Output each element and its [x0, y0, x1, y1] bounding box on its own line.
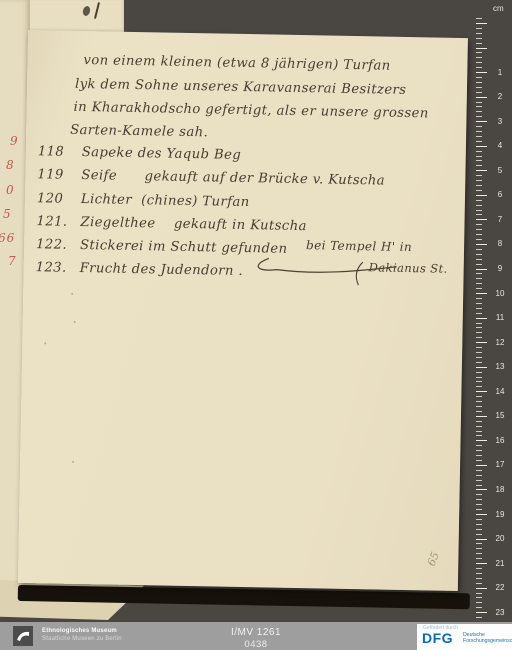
ruler-number: 1 [491, 68, 509, 77]
ruler-tick [476, 288, 482, 289]
ruler-tick [476, 445, 482, 446]
ruler-tick [476, 332, 482, 333]
ruler-tick [476, 489, 487, 490]
ruler-tick [476, 224, 482, 225]
ruler-tick [476, 254, 482, 255]
ruler-tick [476, 136, 482, 137]
ruler-number: 21 [491, 559, 509, 568]
ruler-tick [476, 28, 482, 29]
ruler-number: 23 [491, 608, 509, 617]
ruler-number: 7 [491, 215, 509, 224]
ruler-tick [476, 23, 487, 24]
ruler-tick [476, 357, 482, 358]
ruler-tick [476, 543, 482, 544]
margin-number: 0 [6, 183, 15, 197]
ruler-tick [476, 200, 482, 201]
ruler-tick [476, 298, 482, 299]
ruler-tick [476, 548, 482, 549]
ruler-tick [476, 131, 482, 132]
ruler-tick [476, 141, 482, 142]
entry-text: Sapeke des Yaqub Beg [82, 145, 242, 163]
pencil-note: 65 [425, 550, 442, 568]
ruler-tick [476, 38, 482, 39]
ruler-tick [476, 617, 482, 618]
ruler-tick [476, 273, 482, 274]
ruler-tick [476, 180, 482, 181]
ruler: cm 1234567891011121314151617181920212223 [476, 0, 512, 622]
ruler-number: 17 [491, 460, 509, 469]
ruler-number: 6 [491, 190, 509, 199]
ruler-tick [476, 573, 482, 574]
margin-number: 9 [10, 134, 19, 148]
ruler-tick [476, 219, 487, 220]
ruler-tick [476, 195, 487, 196]
ruler-tick [476, 455, 482, 456]
ruler-tick [476, 308, 482, 309]
ruler-tick [476, 337, 482, 338]
ruler-number: 8 [491, 239, 509, 248]
ruler-tick [476, 377, 482, 378]
entry-number: 122. [36, 237, 78, 253]
ruler-tick [476, 18, 482, 19]
ruler-tick [476, 362, 482, 363]
ruler-tick [476, 264, 482, 265]
ruler-tick [476, 269, 487, 270]
ruler-tick [476, 534, 482, 535]
ruler-tick [476, 597, 482, 598]
footer-bar: Ethnologisches Museum Staatliche Museen … [0, 622, 512, 650]
ruler-tick [476, 121, 487, 122]
ruler-tick [476, 170, 487, 171]
ruler-unit-label: cm [493, 4, 504, 13]
ruler-tick [476, 593, 482, 594]
ruler-tick [476, 234, 482, 235]
ruler-tick [476, 313, 482, 314]
ruler-tick [476, 401, 482, 402]
ruler-tick [476, 568, 482, 569]
ruler-number: 20 [491, 534, 509, 543]
ruler-tick [476, 116, 482, 117]
ruler-tick [476, 558, 482, 559]
ruler-tick [476, 470, 482, 471]
ruler-tick [476, 612, 487, 613]
ruler-tick [476, 43, 482, 44]
ruler-tick [476, 411, 482, 412]
ruler-tick [476, 347, 482, 348]
ruler-tick [476, 381, 482, 382]
ruler-number: 15 [491, 411, 509, 420]
ruler-tick [476, 283, 482, 284]
ruler-tick [476, 372, 482, 373]
ruler-number: 14 [491, 387, 509, 396]
paper-speck [44, 342, 46, 344]
ruler-number: 22 [491, 583, 509, 592]
ruler-tick [476, 239, 482, 240]
ruler-number: 19 [491, 510, 509, 519]
entry-number: 121. [36, 214, 78, 230]
ruler-tick [476, 529, 482, 530]
ruler-tick [476, 431, 482, 432]
ruler-tick [476, 391, 487, 392]
ruler-tick [476, 607, 482, 608]
ruler-tick [476, 504, 482, 505]
ruler-tick [476, 67, 482, 68]
ruler-tick [476, 524, 482, 525]
paper-speck [72, 461, 74, 463]
ruler-tick [476, 480, 482, 481]
ruler-tick [476, 499, 482, 500]
ruler-tick [476, 440, 487, 441]
ruler-tick [476, 146, 487, 147]
ruler-tick [476, 87, 482, 88]
ruler-tick [476, 426, 482, 427]
ruler-tick [476, 151, 482, 152]
ruler-number: 13 [491, 362, 509, 371]
ruler-tick [476, 578, 482, 579]
ruler-tick [476, 386, 482, 387]
manuscript-page: von einem kleinen (etwa 8 jährigen) Turf… [18, 30, 468, 591]
ruler-tick [476, 249, 482, 250]
ruler-number: 18 [491, 485, 509, 494]
ruler-tick [476, 435, 482, 436]
entry-text: Seife gekauft auf der Brücke v. Kutscha [81, 168, 385, 189]
ruler-tick [476, 57, 482, 58]
ruler-tick [476, 77, 482, 78]
ruler-tick [476, 406, 482, 407]
ruler-tick [476, 52, 482, 53]
paragraph-line: lyk dem Sohne unseres Karavanserai Besit… [75, 77, 407, 98]
ruler-tick [476, 352, 482, 353]
paragraph-line: Sarten-Kamele sah. [70, 123, 208, 141]
entry-number: 123. [36, 260, 78, 276]
paper-speck [74, 321, 76, 323]
margin-number: 7 [8, 254, 17, 268]
ruler-tick [476, 519, 482, 520]
entry-number: 120 [37, 191, 79, 207]
ruler-tick [476, 190, 482, 191]
ruler-tick [476, 259, 482, 260]
ruler-tick [476, 416, 487, 417]
ruler-tick [476, 485, 482, 486]
ruler-tick [476, 303, 482, 304]
ruler-tick [476, 175, 482, 176]
ruler-tick [476, 214, 482, 215]
scan-viewer: 9 8 0 5 66 7 von einem kleinen (etwa 8 j… [0, 0, 512, 650]
ruler-tick [476, 396, 482, 397]
entry-number: 119 [37, 167, 79, 183]
ruler-tick [476, 475, 482, 476]
ruler-number: 3 [491, 117, 509, 126]
ruler-tick [476, 82, 482, 83]
ruler-tick [476, 156, 482, 157]
ruler-tick [476, 602, 482, 603]
ruler-number: 10 [491, 289, 509, 298]
ruler-tick [476, 92, 482, 93]
annotation-flourish [238, 230, 489, 295]
ruler-tick [476, 48, 487, 49]
ruler-tick [476, 210, 482, 211]
entry-text: Frucht des Judendorn . [80, 261, 244, 279]
ruler-tick [476, 106, 482, 107]
ruler-tick [476, 33, 482, 34]
ruler-tick [476, 278, 482, 279]
ruler-tick [476, 293, 487, 294]
ruler-tick [476, 553, 482, 554]
ruler-tick [476, 318, 487, 319]
ruler-number: 11 [491, 313, 509, 322]
ruler-tick [476, 165, 482, 166]
funder-name: Forschungsgemeinschaft [463, 638, 512, 644]
ruler-tick [476, 367, 487, 368]
paragraph-line: in Kharakhodscho gefertigt, als er unser… [73, 100, 428, 122]
margin-number: 8 [6, 158, 15, 172]
entry-number: 118 [38, 144, 80, 160]
ruler-tick [476, 460, 482, 461]
ruler-tick [476, 185, 482, 186]
ruler-tick [476, 229, 482, 230]
ruler-number: 9 [491, 264, 509, 273]
ruler-tick [476, 539, 487, 540]
ruler-tick [476, 205, 482, 206]
paragraph-line: von einem kleinen (etwa 8 jährigen) Turf… [83, 53, 390, 74]
ruler-tick [476, 465, 487, 466]
entry-text: Lichter (chines) Turfan [81, 192, 250, 210]
paper-speck [71, 293, 73, 295]
ruler-tick [476, 323, 482, 324]
ruler-tick [476, 509, 482, 510]
dfg-logo: Gefördert durch DFG Deutsche Forschungsg… [417, 624, 512, 650]
ruler-tick [476, 102, 482, 103]
ruler-tick [476, 327, 482, 328]
ruler-number: 2 [491, 92, 509, 101]
ruler-tick [476, 126, 482, 127]
ruler-tick [476, 494, 482, 495]
margin-number: 5 [3, 207, 12, 221]
ruler-tick [476, 244, 487, 245]
ruler-tick [476, 342, 487, 343]
dfg-abbreviation: DFG [422, 630, 453, 646]
ruler-tick [476, 111, 482, 112]
ruler-number: 5 [491, 166, 509, 175]
ruler-number: 4 [491, 141, 509, 150]
ruler-tick [476, 62, 482, 63]
ruler-tick [476, 97, 487, 98]
ruler-tick [476, 160, 482, 161]
ruler-tick [476, 563, 487, 564]
ruler-number: 16 [491, 436, 509, 445]
ruler-tick [476, 421, 482, 422]
ruler-number: 12 [491, 338, 509, 347]
ruler-tick [476, 583, 482, 584]
ruler-tick [476, 514, 487, 515]
ruler-tick [476, 450, 482, 451]
margin-number: 66 [0, 231, 15, 245]
ruler-tick [476, 588, 487, 589]
ruler-tick [476, 72, 487, 73]
